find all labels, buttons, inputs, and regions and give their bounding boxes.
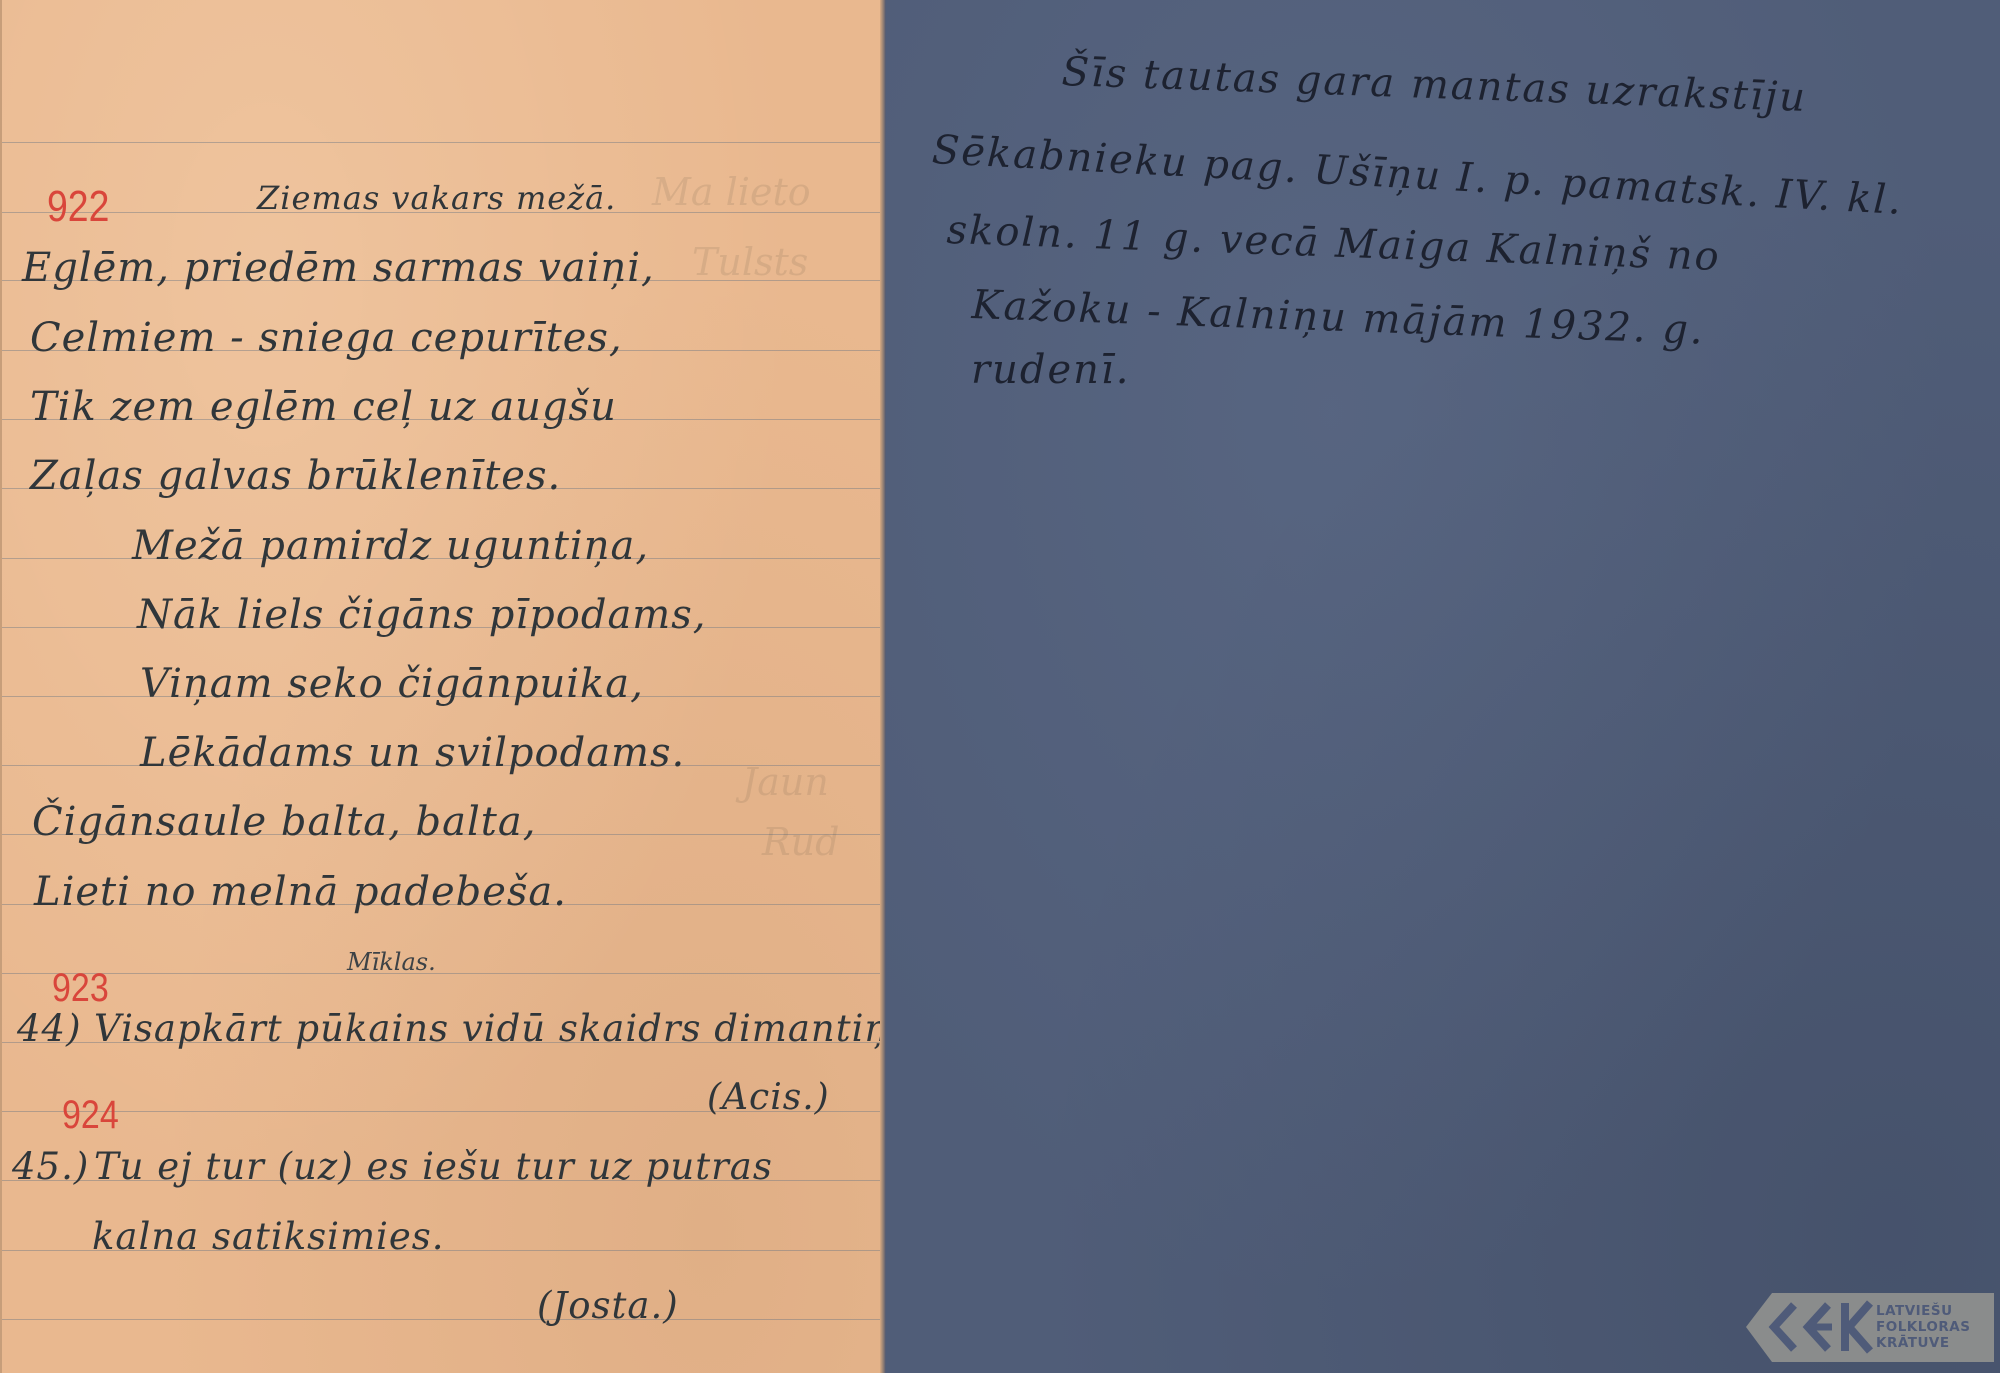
poem-line: Tik zem eglēm ceļ uz augšu: [30, 387, 617, 427]
left-manuscript-page: Ma lieto Tulsts Jaun Rud 922 Ziemas vaka…: [0, 0, 885, 1373]
poem-line: Čigānsaule balta, balta,: [32, 802, 536, 842]
poem-line: Viņam seko čigānpuika,: [140, 664, 644, 704]
poem-title: Ziemas vakars mežā.: [257, 182, 616, 214]
show-through-text: Jaun: [742, 760, 829, 804]
poem-line: Nāk liels čigāns pīpodams,: [137, 595, 706, 635]
show-through-text: Tulsts: [692, 240, 808, 284]
note-line: rudenī.: [971, 350, 1130, 390]
riddle-number: 45.): [12, 1148, 89, 1185]
poem-line: Zaļas galvas brūklenītes.: [30, 456, 561, 496]
lfk-logo: LATVIEŠU FOLKLORAS KRĀTUVE: [1746, 1291, 1994, 1364]
note-line: Šīs tautas gara mantas uzrakstīju: [1061, 52, 1808, 118]
riddles-heading: Mīklas.: [347, 950, 436, 974]
riddle-text: kalna satiksimies.: [92, 1218, 445, 1255]
logo-line: KRĀTUVE: [1876, 1335, 1970, 1351]
logo-wordmark: LATVIEŠU FOLKLORAS KRĀTUVE: [1876, 1303, 1970, 1351]
show-through-text: Ma lieto: [652, 170, 811, 214]
riddle-text: Tu ej tur (uz) es iešu tur uz putras: [94, 1148, 773, 1185]
riddle-answer: (Acis.): [707, 1080, 830, 1116]
poem-line: Lēkādams un svilpodams.: [140, 733, 685, 773]
ruled-line: [2, 142, 887, 143]
logo-line: LATVIEŠU: [1876, 1303, 1970, 1319]
poem-line: Eglēm, priedēm sarmas vaiņi,: [22, 248, 655, 288]
catalog-number: 923: [52, 968, 109, 1008]
right-cover-page: Šīs tautas gara mantas uzrakstīju Sēkabn…: [886, 0, 2000, 1373]
catalog-number: 924: [62, 1095, 119, 1135]
ruled-line: [2, 973, 887, 974]
riddle-answer: (Josta.): [537, 1287, 679, 1324]
riddle-number: 44): [17, 1010, 82, 1047]
logo-line: FOLKLORAS: [1876, 1319, 1970, 1335]
ruled-line: [2, 1319, 887, 1320]
note-line: Sēkabnieku pag. Ušīņu I. p. pamatsk. IV.…: [931, 130, 1904, 221]
poem-line: Celmiem - sniega cepurītes,: [30, 318, 623, 358]
note-line: skoln. 11 g. vecā Maiga Kalniņš no: [946, 210, 1721, 277]
catalog-number: 922: [47, 185, 109, 229]
note-line: Kažoku - Kalniņu mājām 1932. g.: [971, 285, 1705, 351]
poem-line: Lieti no melnā padebeša.: [34, 872, 567, 912]
show-through-text: Rud: [762, 820, 839, 864]
poem-line: Mežā pamirdz uguntiņa,: [132, 526, 649, 566]
riddle-text: Visapkārt pūkains vidū skaidrs dimantiņš…: [94, 1010, 922, 1047]
